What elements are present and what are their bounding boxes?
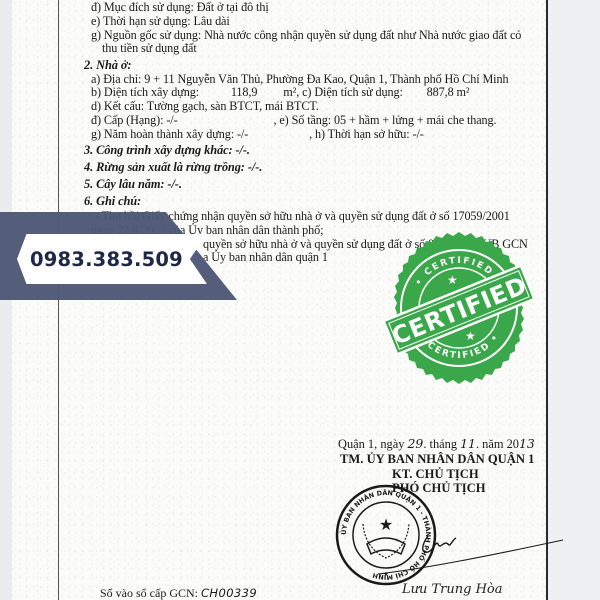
svg-text:★: ★ bbox=[447, 273, 458, 287]
completion-row: g) Năm hoàn thành xây dựng: -/- , h) Thờ… bbox=[91, 127, 424, 141]
section-3-other-construction: 3. Công trình xây dựng khác: -/-. bbox=[84, 143, 250, 157]
sign-year-suffix: 13 bbox=[519, 436, 535, 451]
build-area-value: 118,9 bbox=[231, 85, 257, 99]
phone-number[interactable]: 0983.383.509 bbox=[30, 246, 190, 274]
issuing-organization: TM. ỦY BAN NHÂN DÂN QUẬN 1 bbox=[340, 452, 534, 466]
ownership-term-label: , h) Thời hạn sở hữu: bbox=[309, 127, 409, 141]
signer-title-1: KT. CHỦ TỊCH bbox=[392, 467, 479, 481]
completion-year-label: g) Năm hoàn thành xây dựng: bbox=[91, 127, 234, 141]
land-origin-continued: thu tiền sử dụng đất bbox=[102, 41, 197, 55]
grade-label: đ) Cấp (Hạng): bbox=[91, 113, 163, 127]
use-area-label: , c) Diện tích sử dụng: bbox=[296, 85, 403, 99]
registry-label: Số vào sổ cấp GCN: bbox=[100, 586, 198, 600]
certified-seal-icon: • CERTIFIED • • CERTIFIED • ★ ★ CERTIFIE… bbox=[376, 228, 542, 388]
land-purpose-row: đ) Mục đích sử dụng: Đất ở tại đô thị bbox=[91, 0, 269, 14]
floors-label: , e) Số tầng: bbox=[273, 113, 331, 127]
address-value: 9 + 11 Nguyễn Văn Thủ, Phường Đa Kao, Qu… bbox=[144, 72, 508, 86]
area-row: b) Diện tích xây dựng: 118,9 m², c) Diện… bbox=[91, 85, 469, 99]
address-row: a) Địa chỉ: 9 + 11 Nguyễn Văn Thủ, Phườn… bbox=[91, 72, 508, 86]
section-2-heading: 2. Nhà ở: bbox=[84, 58, 131, 72]
completion-year-value: -/- bbox=[237, 127, 248, 141]
signer-name: Lưu Trung Hòa bbox=[402, 582, 503, 597]
land-origin-row: g) Nguồn gốc sử dụng: Nhà nước công nhận… bbox=[91, 28, 521, 42]
address-label: a) Địa chỉ: bbox=[91, 72, 141, 86]
land-origin-value: Nhà nước công nhận quyền sử dụng đất như… bbox=[204, 28, 521, 42]
land-purpose-label: đ) Mục đích sử dụng: bbox=[91, 0, 194, 14]
grade-floors-row: đ) Cấp (Hạng): -/- , e) Số tầng: 05 + hầ… bbox=[91, 113, 497, 127]
section-6-heading: 6. Ghi chú: bbox=[84, 194, 141, 208]
grade-value: -/- bbox=[166, 113, 177, 127]
ownership-term-value: -/- bbox=[413, 127, 424, 141]
land-purpose-value: Đất ở tại đô thị bbox=[197, 0, 269, 14]
svg-text:★: ★ bbox=[465, 329, 476, 343]
page-frame-left bbox=[58, 0, 59, 600]
build-area-unit: m² bbox=[283, 85, 296, 99]
registry-value: CH00339 bbox=[201, 586, 257, 600]
land-term-label: e) Thời hạn sử dụng: bbox=[91, 14, 191, 28]
note-line-4: a Ủy ban nhân dân quận 1 bbox=[203, 250, 328, 264]
place-date: Quận 1, ngày 29. tháng 11. năm 2013 bbox=[338, 437, 535, 451]
floors-value: 05 + hầm + lửng + mái che thang. bbox=[334, 113, 496, 127]
registry-number-row: Số vào sổ cấp GCN: CH00339 bbox=[100, 586, 257, 600]
viewer-left-margin bbox=[0, 0, 12, 600]
sign-month: 11 bbox=[460, 436, 476, 451]
structure-label: d) Kết cấu: bbox=[91, 99, 144, 113]
land-term-value: Lâu dài bbox=[193, 14, 229, 28]
viewer-right-margin bbox=[548, 0, 600, 600]
structure-value: Tường gạch, sàn BTCT, mái BTCT. bbox=[147, 99, 319, 113]
use-area-unit: m² bbox=[457, 85, 470, 99]
section-4-production-forest: 4. Rừng sản xuất là rừng trồng: -/-. bbox=[84, 160, 262, 174]
use-area-value: 887,8 bbox=[427, 85, 454, 99]
sign-day: 29 bbox=[408, 436, 424, 451]
signature-scribble bbox=[378, 530, 568, 575]
land-origin-label: g) Nguồn gốc sử dụng: bbox=[91, 28, 201, 42]
section-5-perennial-trees: 5. Cây lâu năm: -/-. bbox=[84, 177, 182, 191]
structure-row: d) Kết cấu: Tường gạch, sàn BTCT, mái BT… bbox=[91, 99, 319, 113]
build-area-label: b) Diện tích xây dựng: bbox=[91, 85, 199, 99]
land-term-row: e) Thời hạn sử dụng: Lâu dài bbox=[91, 14, 230, 28]
